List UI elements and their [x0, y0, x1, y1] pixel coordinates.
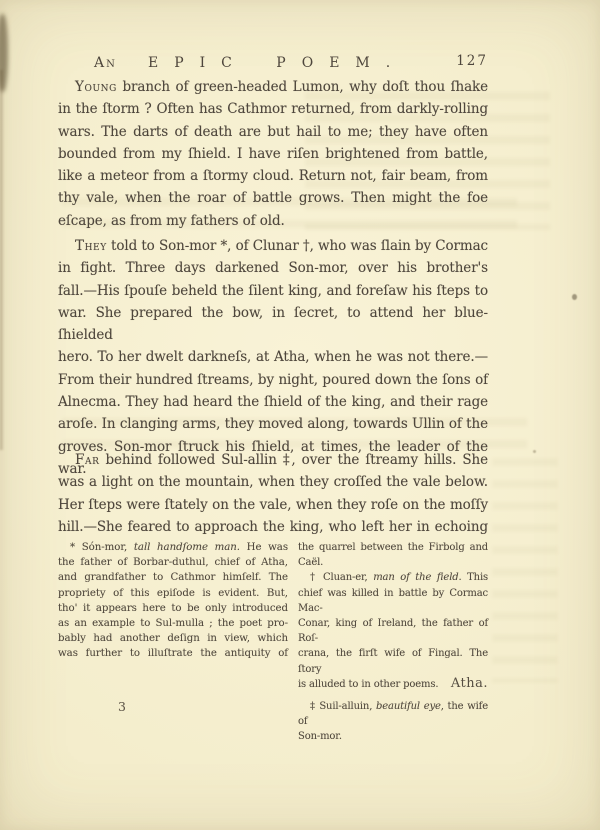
text-line: thy vale, when the roar of battle grows.…: [58, 187, 488, 209]
text-line: fall.—His ſpouſe beheld the ſilent king,…: [58, 280, 488, 302]
text-line: ‡ Suil-alluin, beautiful eye, the wife o…: [298, 699, 488, 729]
text-line: war. She prepared the bow, in ſecret, to…: [58, 302, 488, 347]
text-line: like a meteor from a ſtormy cloud. Retur…: [58, 165, 488, 187]
text-line: † Cluan-er, man of the field. This: [298, 570, 488, 585]
paragraph-sul-allin: Far behind followed Sul-allin ‡, over th…: [58, 449, 488, 538]
paper-speck: [572, 294, 577, 300]
text-line: in the ſtorm ? Often has Cathmor returne…: [58, 98, 488, 120]
text-line: chief was killed in battle by Cormac Mac…: [298, 586, 488, 616]
text-line: Conar, king of Ireland, the father of Ro…: [298, 616, 488, 646]
footnote-cluan-er: † Cluan-er, man of the field. Thischief …: [298, 570, 488, 692]
footnote-suil-alluin: ‡ Suil-alluin, beautiful eye, the wife o…: [298, 699, 488, 745]
text-line: the quarrel between the Firbolg and Caël…: [298, 540, 488, 570]
running-header: An EPIC POEM. 127: [58, 52, 488, 72]
text-line: hero. To her dwelt darkneſs, at Atha, wh…: [58, 346, 488, 368]
text-line: Her ſteps were ſtately on the vale, when…: [58, 494, 488, 516]
footnote-continuation: the quarrel between the Firbolg and Caël…: [298, 540, 488, 570]
scan-edge-line: [0, 70, 4, 450]
paragraph-young-branch: Young branch of green-headed Lumon, why …: [58, 76, 488, 232]
text-line: wars. The darts of death are but hail to…: [58, 121, 488, 143]
text-line: * Són-mor, tall handſome man. He was: [58, 540, 288, 555]
text-line: Son-mor.: [298, 729, 488, 744]
page-scan: An EPIC POEM. 127 Young branch of green-…: [0, 0, 600, 830]
text-line: as an example to Sul-mulla ; the poet pr…: [58, 616, 288, 631]
text-line: From their hundred ſtreams, by night, po…: [58, 369, 488, 391]
text-line: hill.—She feared to approach the king, w…: [58, 516, 488, 538]
footnote-column-right: the quarrel between the Firbolg and Caël…: [298, 540, 488, 745]
text-line: eſcape, as from my fathers of old.: [58, 210, 488, 232]
text-line: crana, the firſt wife of Fingal. The ſto…: [298, 646, 488, 676]
scanned-book-page: { "colors": { "paper": "#f2ebc8", "ink":…: [0, 0, 600, 830]
footnote-column-left: * Són-mor, tall handſome man. He wasthe …: [58, 540, 288, 745]
text-line: Alnecma. They had heard the ſhield of th…: [58, 391, 488, 413]
text-line: bounded from my ſhield. I have riſen bri…: [58, 143, 488, 165]
text-line: tho' it appears here to be only introduc…: [58, 601, 288, 616]
show-through-text: [492, 458, 558, 683]
paper-speck: [533, 450, 536, 453]
text-line: aroſe. In clanging arms, they moved alon…: [58, 413, 488, 435]
signature-mark: 3: [118, 699, 126, 714]
text-line: and grandfather to Cathmor himſelf. The: [58, 570, 288, 585]
text-line: the father of Borbar-duthul, chief of At…: [58, 555, 288, 570]
text-line: propriety of this epiſode is evident. Bu…: [58, 586, 288, 601]
catchword: Atha.: [58, 676, 488, 691]
footnote-son-mor: * Són-mor, tall handſome man. He wasthe …: [58, 540, 288, 662]
text-line: bably had another deſign in view, which: [58, 631, 288, 646]
text-line: Young branch of green-headed Lumon, why …: [58, 76, 488, 98]
text-line: was further to illuſtrate the antiquity …: [58, 646, 288, 661]
page-number: 127: [456, 53, 488, 69]
header-title-group: An EPIC POEM.: [94, 52, 406, 71]
header-article: An: [94, 55, 117, 71]
paragraph-son-mor: They told to Son-mor *, of Clunar †, who…: [58, 235, 488, 480]
text-line: They told to Son-mor *, of Clunar †, who…: [58, 235, 488, 257]
header-title: EPIC POEM.: [148, 55, 406, 71]
text-line: Far behind followed Sul-allin ‡, over th…: [58, 449, 488, 471]
text-line: was a light on the mountain, when they c…: [58, 471, 488, 493]
text-line: in fight. Three days darkened Son-mor, o…: [58, 257, 488, 279]
